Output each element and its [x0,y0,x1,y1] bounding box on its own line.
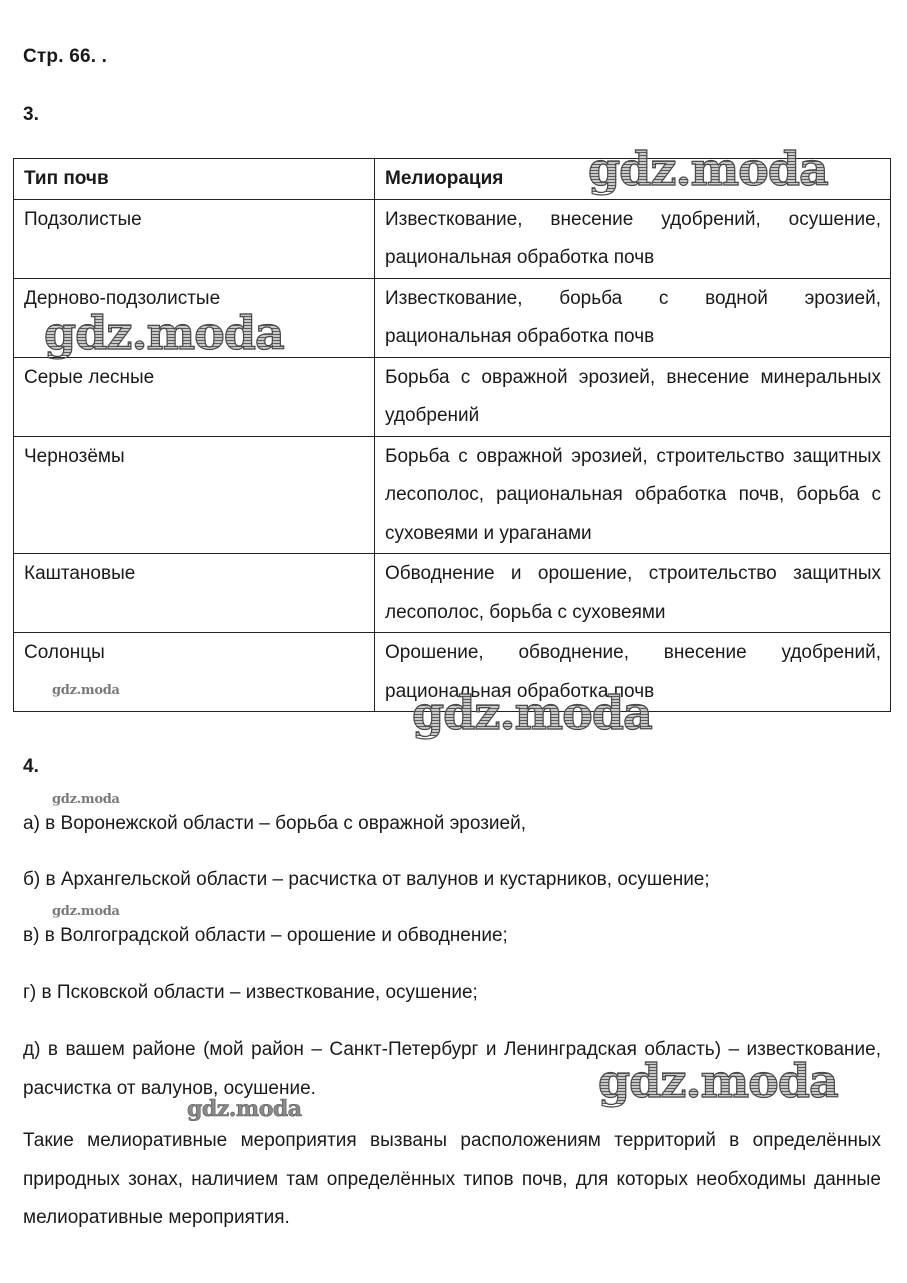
watermark-small: gdz.moda [52,905,120,918]
watermark-logo: gdz.moda [412,690,652,736]
soil-type-cell: Серые лесные [14,357,375,436]
soil-type-cell: Каштановые [14,554,375,633]
soil-type-cell: Солонцы [14,633,375,712]
table-row: Серые лесные Борьба с овражной эрозией, … [14,357,891,436]
watermark-logo: gdz.moda [588,146,828,192]
watermark-logo: gdz.moda [44,310,284,356]
watermark-medium: gdz.moda [187,1098,302,1120]
answer-item-g: г) в Псковской области – известкование, … [23,974,881,1013]
task-4-number: 4. [23,756,39,778]
conclusion-paragraph: Такие мелиоративные мероприятия вызваны … [23,1122,881,1238]
header-soil-type: Тип почв [14,159,375,200]
answer-item-v: в) в Волгоградской области – орошение и … [23,917,881,956]
melioration-cell: Известкование, внесение удобрений, осуше… [375,199,891,278]
melioration-cell: Обводнение и орошение, строительство защ… [375,554,891,633]
task-3-number: 3. [23,104,39,126]
melioration-cell: Борьба с овражной эрозией, строительство… [375,436,891,554]
melioration-cell: Борьба с овражной эрозией, внесение мине… [375,357,891,436]
soil-type-cell: Чернозёмы [14,436,375,554]
soil-melioration-table: Тип почв Мелиорация Подзолистые Известко… [13,158,891,712]
melioration-cell: Известкование, борьба с водной эрозией, … [375,278,891,357]
answer-item-b: б) в Архангельской области – расчистка о… [23,861,881,900]
table-row: Каштановые Обводнение и орошение, строит… [14,554,891,633]
watermark-small: gdz.moda [52,684,120,697]
answer-item-a: а) в Воронежской области – борьба с овра… [23,805,881,844]
watermark-logo: gdz.moda [598,1058,838,1104]
page-heading: Стр. 66. . [23,46,107,68]
watermark-small: gdz.moda [52,793,120,806]
table-row: Подзолистые Известкование, внесение удоб… [14,199,891,278]
table-row: Чернозёмы Борьба с овражной эрозией, стр… [14,436,891,554]
soil-type-cell: Подзолистые [14,199,375,278]
